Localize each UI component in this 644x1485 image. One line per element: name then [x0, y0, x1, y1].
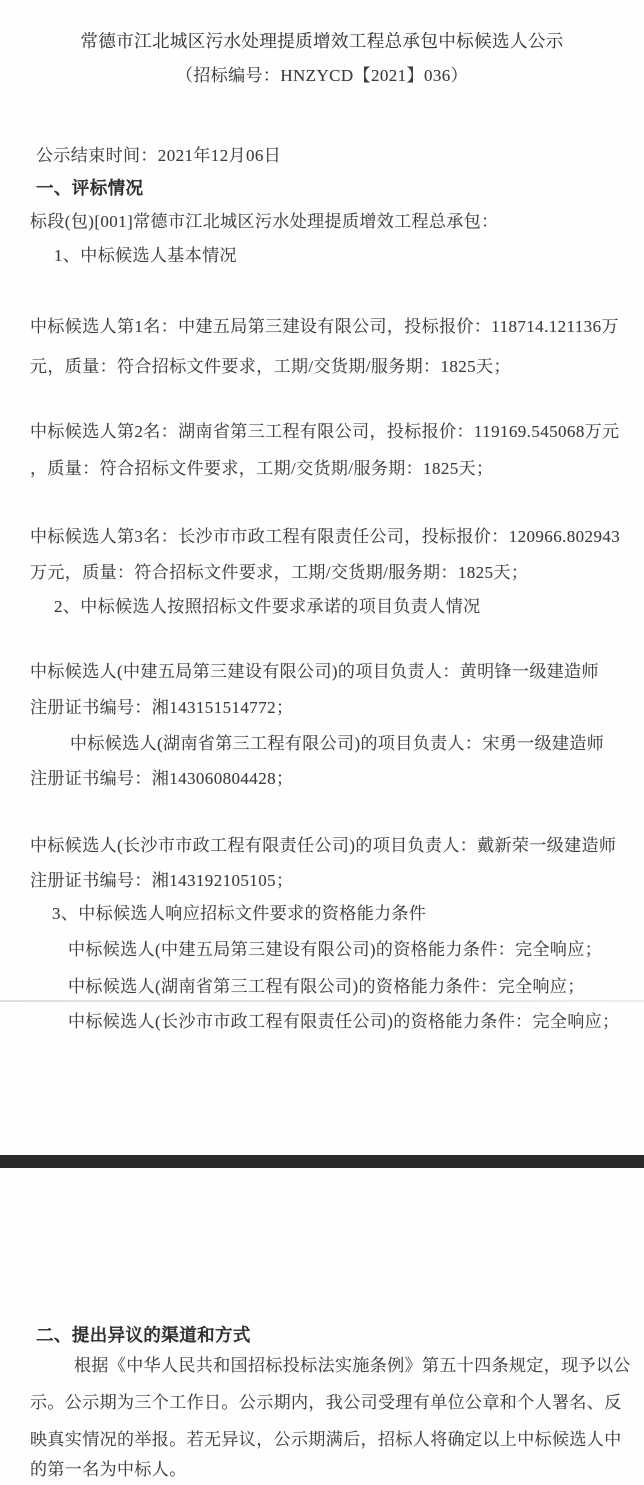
section2-line-1: 根据《中华人民共和国招标投标法实施条例》第五十四条规定，现予以公 — [74, 1356, 631, 1376]
scan-artifact-line — [0, 1000, 644, 1002]
section2-heading: 二、提出异议的渠道和方式 — [36, 1325, 251, 1346]
manager-2-line-2: 注册证书编号：湘143060804428； — [30, 769, 293, 789]
qualification-1: 中标候选人(中建五局第三建设有限公司)的资格能力条件：完全响应； — [68, 940, 602, 960]
manager-3-line-2: 注册证书编号：湘143192105105； — [30, 871, 293, 891]
doc-title: 常德市江北城区污水处理提质增效工程总承包中标候选人公示 — [0, 31, 644, 52]
candidate-3-line-1: 中标候选人第3名：长沙市市政工程有限责任公司，投标报价：120966.80294… — [30, 527, 620, 547]
subheading-qualification: 3、中标候选人响应招标文件要求的资格能力条件 — [52, 904, 426, 924]
candidate-1-line-2: 元，质量：符合招标文件要求，工期/交货期/服务期：1825天； — [30, 357, 511, 377]
manager-2-line-1: 中标候选人(湖南省第三工程有限公司)的项目负责人：宋勇一级建造师 — [70, 734, 604, 754]
section2-line-3: 映真实情况的举报。若无异议，公示期满后，招标人将确定以上中标候选人中 — [30, 1430, 622, 1450]
subheading-candidates-basic: 1、中标候选人基本情况 — [54, 246, 237, 266]
qualification-3: 中标候选人(长沙市市政工程有限责任公司)的资格能力条件：完全响应； — [68, 1012, 620, 1032]
lot-line: 标段(包)[001]常德市江北城区污水处理提质增效工程总承包： — [30, 212, 499, 232]
subheading-project-managers: 2、中标候选人按照招标文件要求承诺的项目负责人情况 — [54, 597, 481, 617]
tender-number-line: （招标编号：HNZYCD【2021】036） — [0, 66, 644, 86]
section2-line-2: 示。公示期为三个工作日。公示期内，我公司受理有单位公章和个人署名、反 — [30, 1393, 622, 1413]
publicity-end-time: 公示结束时间：2021年12月06日 — [36, 146, 281, 166]
section1-heading: 一、评标情况 — [36, 178, 143, 199]
manager-3-line-1: 中标候选人(长沙市市政工程有限责任公司)的项目负责人：戴新荣一级建造师 — [30, 836, 616, 856]
announcement-document: 常德市江北城区污水处理提质增效工程总承包中标候选人公示 （招标编号：HNZYCD… — [0, 0, 644, 1485]
section2-line-4: 的第一名为中标人。 — [30, 1460, 187, 1480]
candidate-1-line-1: 中标候选人第1名：中建五局第三建设有限公司，投标报价：118714.121136… — [30, 317, 619, 337]
manager-1-line-1: 中标候选人(中建五局第三建设有限公司)的项目负责人：黄明锋一级建造师 — [30, 662, 599, 682]
candidate-2-line-2: ，质量：符合招标文件要求，工期/交货期/服务期：1825天； — [30, 459, 493, 479]
candidate-2-line-1: 中标候选人第2名：湖南省第三工程有限公司，投标报价：119169.545068万… — [30, 422, 620, 442]
qualification-2: 中标候选人(湖南省第三工程有限公司)的资格能力条件：完全响应； — [68, 977, 585, 997]
manager-1-line-2: 注册证书编号：湘143151514772； — [30, 698, 293, 718]
page-separator — [0, 1155, 644, 1168]
candidate-3-line-2: 万元，质量：符合招标文件要求，工期/交货期/服务期：1825天； — [30, 563, 528, 583]
